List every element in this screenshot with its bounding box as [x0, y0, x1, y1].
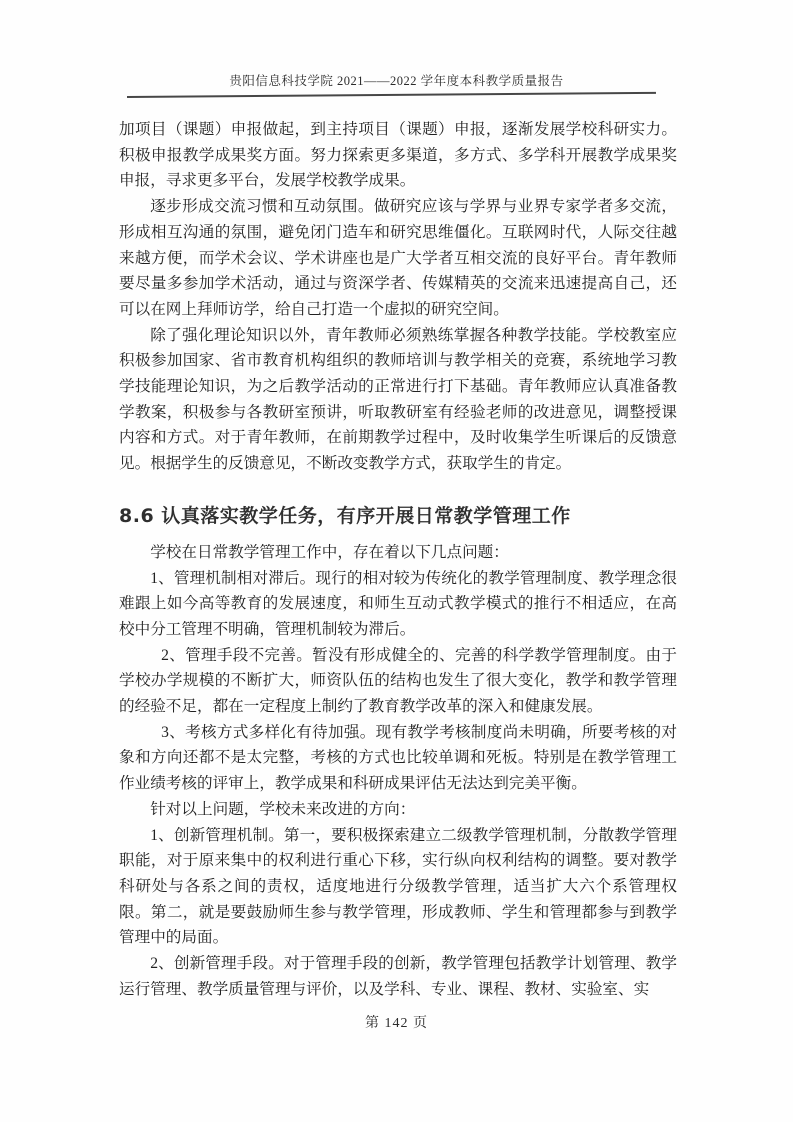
footer-page-number: 第 142 页 — [365, 1016, 428, 1031]
paragraph: 2、创新管理手段。对于管理手段的创新，教学管理包括教学计划管理、教学运行管理、教… — [119, 951, 677, 1002]
paragraph: 2、管理手段不完善。暂没有形成健全的、完善的科学教学管理制度。由于学校办学规模的… — [119, 643, 677, 720]
page-footer: 第 142 页 — [0, 1012, 793, 1032]
paragraph: 学校在日常教学管理工作中，存在着以下几点问题： — [119, 540, 677, 566]
paragraph: 逐步形成交流习惯和互动氛围。做研究应该与学界与业界专家学者多交流，形成相互沟通的… — [119, 194, 677, 323]
paragraph: 1、管理机制相对滞后。现行的相对较为传统化的教学管理制度、教学理念很难跟上如今高… — [119, 566, 677, 643]
paragraph: 除了强化理论知识以外，青年教师必须熟练掌握各种教学技能。学校教室应积极参加国家、… — [119, 323, 677, 477]
paragraph: 3、考核方式多样化有待加强。现有教学考核制度尚未明确，所要考核的对象和方向还都不… — [119, 720, 677, 797]
document-page: 贵阳信息科技学院 2021——2022 学年度本科教学质量报告 加项目（课题）申… — [0, 0, 793, 1122]
header-title: 贵阳信息科技学院 2021——2022 学年度本科教学质量报告 — [229, 74, 563, 88]
page-content: 加项目（课题）申报做起，到主持项目（课题）申报，逐渐发展学校科研实力。积极申报教… — [119, 117, 677, 1003]
section-heading: 8.6 认真落实教学任务，有序开展日常教学管理工作 — [119, 502, 677, 530]
paragraph: 加项目（课题）申报做起，到主持项目（课题）申报，逐渐发展学校科研实力。积极申报教… — [119, 117, 677, 194]
header-rule — [127, 92, 656, 98]
paragraph: 1、创新管理机制。第一，要积极探索建立二级教学管理机制，分散教学管理职能，对于原… — [119, 823, 677, 952]
page-header: 贵阳信息科技学院 2021——2022 学年度本科教学质量报告 — [0, 71, 793, 90]
paragraph: 针对以上问题，学校未来改进的方向： — [119, 797, 677, 823]
